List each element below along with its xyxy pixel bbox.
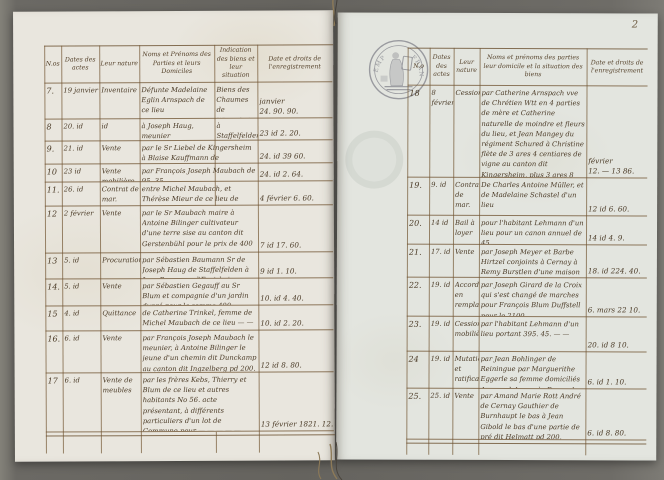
column-header-reg: Date et droits de l'enregistrement (587, 50, 648, 84)
act-registration: 7 id 17. 60. (260, 205, 333, 251)
table-row: 11. 26. id Contrat de mar. entre Michel … (45, 181, 333, 206)
act-registration: 6. mars 22 10. (588, 278, 646, 316)
column-header-date: Dates des actes (61, 47, 99, 81)
act-nature: Cession mobilière (455, 317, 479, 351)
act-nature: Procuration (102, 253, 141, 278)
act-date: 19. id (430, 352, 452, 388)
page-number: 2 (632, 19, 638, 30)
act-date: 6. id (65, 373, 101, 431)
table-row: 25. 25. id Vente par Amand Marie Rott An… (406, 389, 646, 441)
act-registration: 12 id 8. 80. (260, 330, 333, 371)
act-nature: Contrat de mar. (455, 178, 479, 215)
act-number: 21. (407, 245, 429, 277)
svg-text:EMP: EMP (373, 54, 388, 73)
act-nature: Vente (102, 141, 141, 163)
table-row: 14. 5. id Vente par Sébastien Gegauff au… (45, 278, 333, 306)
act-parties: par Sébastien Baumann Sr de Joseph Haug … (142, 253, 257, 279)
column-header-nature: Leur nature (454, 50, 480, 84)
table-row: 21. 17. id Vente par Joseph Meyer et Bar… (407, 245, 647, 279)
act-registration: 9 id 1. 10. (260, 252, 333, 277)
act-date: 8 février (431, 86, 453, 177)
column-header-reg: Date et droits de l'enregistrement (257, 46, 332, 80)
act-parties: par les frères Kebs, Thierry et Blum de … (143, 373, 258, 432)
act-nature: Vente (454, 389, 478, 439)
act-date: 20. id (63, 119, 99, 140)
act-parties: par François Joseph Maubach le meunier, … (142, 331, 257, 373)
table-row: 23. 19. id Cession mobilière par l'habit… (407, 317, 647, 353)
act-nature: Vente mobilière (102, 164, 141, 181)
table-row: 20. 14 id Bail à loyer pour l'habitant L… (407, 216, 647, 246)
table-row: 12 2 février Vente par le Sr Maubach mai… (45, 205, 333, 253)
act-registration: 6. id 8. 80. (587, 389, 645, 439)
act-nature: Cession (455, 86, 479, 177)
act-registration: 12 id 6. 60. (588, 178, 646, 215)
act-date: 14 id (431, 216, 453, 244)
table-row: 24 19. id Mutation et ratification par J… (406, 352, 646, 390)
act-nature: Accord en remplacement (455, 278, 479, 316)
act-parties: par le Sr Liebel de Kingersheim à Blaise… (142, 141, 257, 164)
act-number: 25. (406, 389, 428, 439)
act-number: 19. (407, 178, 429, 215)
act-date: 2 février (64, 206, 100, 252)
act-parties: par Catherine Arnspach vve de Chrétien W… (481, 86, 585, 177)
act-number: 14. (45, 279, 62, 305)
act-nature: Contrat de mar. (102, 182, 141, 205)
act-parties: entre Michel Maubach, et Thérèse Mieur d… (142, 182, 257, 206)
act-number: 22. (407, 278, 429, 316)
act-nature: Inventaire (101, 83, 140, 118)
act-number: 10 (45, 164, 62, 181)
act-number: 15 (45, 306, 62, 330)
act-number: 23. (407, 317, 429, 351)
act-number: 9. (45, 141, 62, 163)
act-parties: pour l'habitant Lehmann d'un lieu pour u… (481, 216, 585, 244)
act-number: 11. (45, 182, 62, 205)
stamp-bleedthrough (345, 130, 403, 188)
table-row: 19. 9. id Contrat de mar. De Charles Ant… (407, 178, 647, 217)
act-parties: par Amand Marie Rott André de Cernay Gau… (480, 389, 584, 439)
act-registration: 18. id 224. 40. (588, 245, 646, 277)
act-parties: Défunte Madelaine Eglin Arnspach de ce l… (141, 83, 213, 118)
act-registration: 13 février 1821. 12. (261, 372, 334, 430)
closing-double-rule (406, 443, 646, 445)
act-parties: De Charles Antoine Müller, et de Madelai… (481, 178, 585, 215)
act-number: 7. (44, 83, 61, 118)
act-number: 24 (406, 352, 428, 388)
act-number: 17 (46, 373, 63, 431)
column-header-biens: Indication des biens et leur situation (214, 47, 257, 81)
act-nature: Vente de meubles (103, 373, 142, 431)
scanned-register-spread: N.os Dates des actes Leur nature Noms et… (0, 0, 664, 480)
act-parties: par Joseph Girard de la Croix qui s'est … (481, 278, 585, 316)
act-registration: janvier 24. 90. 90. (259, 82, 332, 117)
act-parties: par Joseph Meyer et Barbe Hirtzel conjoi… (481, 245, 585, 277)
act-parties: par l'habitant Lehmann d'un lieu portant… (481, 317, 585, 351)
act-registration: 10. id 4. 40. (260, 278, 333, 304)
table-row: 18 8 février Cession par Catherine Arnsp… (407, 86, 647, 179)
table-row: 10 23 id Vente mobilière par François Jo… (45, 163, 333, 182)
act-date: 21. id (64, 141, 100, 163)
act-number: 16. (45, 331, 62, 372)
act-registration: 6. id 1. 10. (587, 352, 645, 388)
act-registration: 23 id 2. 20. (259, 118, 332, 139)
table-row: 17 6. id Vente de meubles par les frères… (46, 372, 334, 432)
act-date: 5. id (64, 253, 100, 278)
column-header-no: N.os (44, 47, 61, 81)
act-registration: 24. id 2. 64. (260, 163, 333, 180)
table-row: 9. 21. id Vente par le Sr Liebel de King… (45, 140, 333, 164)
act-registration: 20. id 8 10. (588, 317, 646, 351)
table-row: 8 20. id id à Joseph Haug, meunier à Sta… (44, 118, 332, 141)
act-registration: février 12. — 13 86. (588, 86, 646, 177)
table-row: 16. 6. id Vente par François Joseph Maub… (45, 330, 333, 373)
act-registration: 10. id 2. 20. (260, 305, 333, 329)
table-row: 22. 19. id Accord en remplacement par Jo… (407, 278, 647, 318)
act-registration: 4 février 6. 60. (260, 181, 333, 204)
act-date: 19. id (431, 278, 453, 316)
act-nature: Vente (102, 206, 141, 252)
act-parties: à Joseph Haug, meunier (141, 119, 213, 140)
act-nature: Vente (102, 331, 141, 372)
act-number: 18 (407, 86, 429, 177)
act-biens: Biens des Chaumes de Wittenheim (216, 83, 257, 118)
act-date: 26. id (64, 182, 100, 205)
act-parties: par Jean Bohlinger de Reiningue par Marg… (480, 352, 584, 388)
table-row: 13 5. id Procuration par Sébastien Bauma… (45, 252, 333, 279)
act-parties: par Sébastien Gegauff au Sr Blum et comp… (142, 279, 257, 306)
right-page: 2 EMP FRAN N.o Dates des (336, 12, 658, 460)
act-date: 25. id (430, 389, 452, 439)
table-row: 15 4. id Quittance de Catherine Trinkel,… (45, 305, 333, 331)
act-date: 19. id (431, 317, 453, 351)
act-date: 6. id (64, 331, 100, 372)
act-number: 8 (44, 119, 61, 140)
column-header-date: Dates des actes (430, 50, 454, 84)
column-header-no: N.o (408, 50, 430, 84)
act-registration: 24. id 39 60. (260, 140, 333, 162)
act-nature: Quittance (102, 306, 141, 330)
act-registration: 14 id 4. 9. (588, 216, 646, 244)
act-date: 23 id (64, 164, 100, 181)
act-parties: par le Sr Maubach maire à Antoine Biling… (142, 206, 257, 253)
column-header-parties: Noms et prénoms des parties leur domicil… (480, 50, 587, 84)
act-number: 12 (45, 206, 62, 252)
act-date: 5. id (64, 279, 100, 305)
act-date: 9. id (431, 178, 453, 215)
act-date: 17. id (431, 245, 453, 277)
act-number: 20. (407, 216, 429, 244)
act-date: 4. id (64, 306, 100, 330)
column-header-parties: Noms et Prénoms des Parties et leurs Dom… (139, 47, 214, 81)
act-nature: Mutation et ratification (454, 352, 478, 388)
table-row: 7. 19 janvier Inventaire Défunte Madelai… (44, 82, 332, 119)
act-parties: de Catherine Trinkel, femme de Michel Ma… (142, 306, 257, 331)
left-page: N.os Dates des actes Leur nature Noms et… (13, 10, 335, 461)
act-nature: Bail à loyer (455, 216, 479, 244)
column-header-nature: Leur nature (99, 47, 139, 81)
closing-double-rule (46, 434, 335, 436)
act-nature: id (101, 119, 140, 140)
act-number: 13 (45, 253, 62, 278)
act-nature: Vente (102, 279, 141, 305)
act-biens: à Staffelfelden (216, 119, 257, 140)
act-nature: Vente (455, 245, 479, 277)
act-date: 19 janvier (63, 83, 99, 118)
act-parties: par François Joseph Maubach de 95. 35. (142, 164, 257, 182)
